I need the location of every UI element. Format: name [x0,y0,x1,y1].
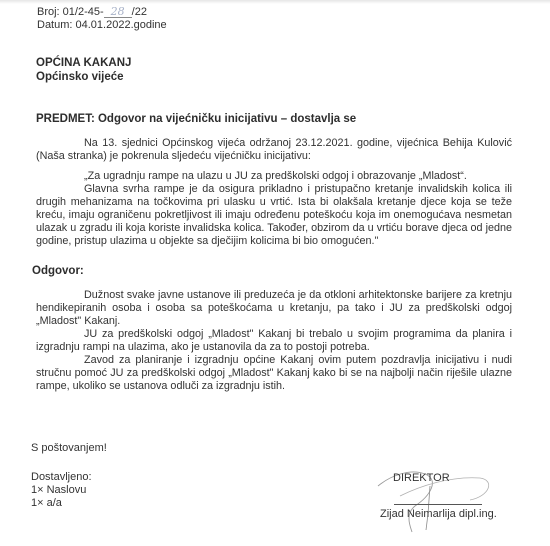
answer-paragraph: Zavod za planiranje i izgradnju općine K… [36,354,512,393]
subject-line: PREDMET: Odgovor na vijećničku inicijati… [36,113,356,125]
subject-text: Odgovor na vijećničku inicijativu – dost… [95,113,356,125]
reference-suffix: /22 [132,6,147,18]
document-date: Datum: 04.01.2022.godine [37,19,167,32]
signature-line [394,504,482,505]
initiative-quote: „Za ugradnju rampe na ulazu u JU za pred… [36,170,512,248]
page-top-shadow [0,0,550,4]
recipient-name: OPĆINA KAKANJ [36,56,131,70]
answer-heading: Odgovor: [32,265,84,277]
answer-paragraph: Dužnost svake javne ustanove ili preduze… [36,289,512,328]
intro-paragraph-block: Na 13. sjednici Općinskog vijeća održano… [36,137,512,163]
answer-block: Dužnost svake javne ustanove ili preduze… [36,289,512,393]
initiative-text: Glavna svrha rampe je da osigura priklad… [36,183,512,248]
subject-label: PREDMET: [36,113,95,125]
intro-paragraph: Na 13. sjednici Općinskog vijeća održano… [36,137,512,163]
initiative-title: „Za ugradnju rampe na ulazu u JU za pred… [36,170,512,183]
signatory-name: Zijad Neimarlija dipl.ing. [380,508,497,520]
signatory-title: DIREKTOR [393,472,450,484]
greeting: S poštovanjem! [31,442,107,455]
delivery-list: Dostavljeno: 1× Naslovu 1× a/a [31,471,92,510]
handwritten-number: 28 [104,6,132,18]
reference-number: Broj: 01/2-45-28/22 [37,6,167,19]
answer-paragraph: JU za predškolski odgoj „Mladost" Kakanj… [36,328,512,354]
reference-label: Broj: 01/2-45- [37,6,104,18]
recipient-body: Općinsko vijeće [36,70,131,84]
recipient-block: OPĆINA KAKANJ Općinsko vijeće [36,56,131,84]
document-header: Broj: 01/2-45-28/22 Datum: 04.01.2022.go… [37,6,167,32]
delivery-item: 1× Naslovu [31,484,92,497]
delivery-item: 1× a/a [31,497,92,510]
delivery-label: Dostavljeno: [31,471,92,484]
